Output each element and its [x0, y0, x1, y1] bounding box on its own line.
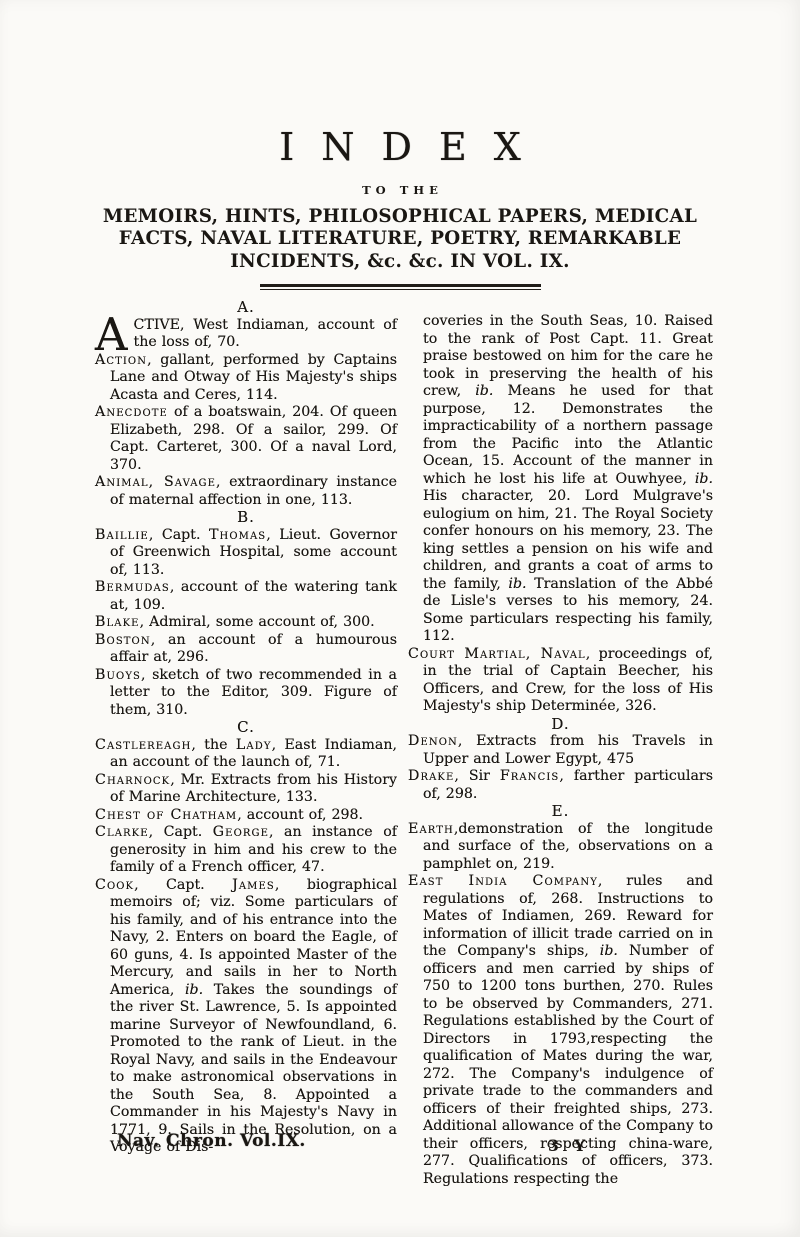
entry-text: , Admiral, some account of, 300. [140, 614, 375, 630]
section-heading: E. [408, 803, 713, 821]
entry-headword: Baillie [95, 527, 149, 543]
entry-headword: Animal, Savage [95, 474, 216, 490]
page-title: INDEX [90, 126, 710, 168]
subtitle-line: FACTS, NAVAL LITERATURE, POETRY, REMARKA… [90, 228, 710, 250]
entry-headword: Charnock [95, 772, 170, 788]
index-entry: ACTIVE, West Indiaman, account of the lo… [95, 317, 397, 352]
entry-headword: Cook [95, 877, 134, 893]
index-entry: Denon, Extracts from his Travels in Uppe… [408, 733, 713, 768]
index-entry: Anecdote of a boatswain, 204. Of queen E… [95, 404, 397, 474]
index-entry: Blake, Admiral, some account of, 300. [95, 614, 397, 632]
subtitle-line: INCIDENTS, &c. &c. IN VOL. IX. [90, 251, 710, 273]
section-heading: A. [95, 299, 397, 317]
entry-text: , Sir [454, 768, 499, 784]
to-the-label: TO THE [90, 183, 710, 197]
index-entry: Buoys, sketch of two recommended in a le… [95, 667, 397, 720]
entry-headword: Castlereagh [95, 737, 191, 753]
entry-headword: Bermudas [95, 579, 170, 595]
entry-headword: Francis [500, 768, 560, 784]
index-entry: Castlereagh, the Lady, East Indiaman, an… [95, 737, 397, 772]
entry-headword: Action [95, 352, 147, 368]
entry-text: , the [191, 737, 235, 753]
entry-headword: Boston [95, 632, 151, 648]
entry-headword: Clarke [95, 824, 149, 840]
index-entry: Clarke, Capt. George, an instance of gen… [95, 824, 397, 877]
entry-text: ib. [600, 943, 618, 959]
entry-headword: Drake [408, 768, 454, 784]
entry-text: , gallant, performed by Captains Lane an… [110, 352, 397, 403]
index-entry: Bermudas, account of the watering tank a… [95, 579, 397, 614]
index-entry: Baillie, Capt. Thomas, Lieut. Governor o… [95, 527, 397, 580]
entry-headword: Denon [408, 733, 458, 749]
entry-text: , account of, 298. [237, 807, 363, 823]
subtitle-line: MEMOIRS, HINTS, PHILOSOPHICAL PAPERS, ME… [90, 206, 710, 228]
index-entry-continued: coveries in the South Seas, 10. Raised t… [408, 313, 713, 646]
section-heading: C. [95, 719, 397, 737]
index-entry: Earth,demonstration of the longitude and… [408, 821, 713, 874]
entry-headword: Earth [408, 821, 454, 837]
entry-headword: Blake [95, 614, 140, 630]
index-entry: Drake, Sir Francis, farther particulars … [408, 768, 713, 803]
entry-text: , an account of a humourous affair at, 2… [110, 632, 397, 666]
section-heading: B. [95, 509, 397, 527]
entry-headword: East India Company [408, 873, 598, 889]
entry-text: , Extracts from his Travels in Upper and… [423, 733, 713, 767]
entry-headword: Court Martial, Naval [408, 646, 586, 662]
entry-text: , Capt. [149, 824, 213, 840]
right-column: coveries in the South Seas, 10. Raised t… [408, 313, 713, 1188]
entry-text: ,demonstration of the longitude and surf… [423, 821, 713, 872]
entry-headword: Buoys [95, 667, 141, 683]
entry-headword: Thomas [209, 527, 266, 543]
entry-text: ib. [508, 576, 526, 592]
index-subtitle: MEMOIRS, HINTS, PHILOSOPHICAL PAPERS, ME… [90, 206, 710, 273]
left-column: A.ACTIVE, West Indiaman, account of the … [95, 299, 397, 1157]
index-entry: Boston, an account of a humourous affair… [95, 632, 397, 667]
entry-text: CTIVE, West Indiaman, account of the los… [134, 317, 398, 351]
entry-text: , Capt. [134, 877, 232, 893]
index-entry: Action, gallant, performed by Captains L… [95, 352, 397, 405]
entry-headword: Anecdote [95, 404, 168, 420]
index-header: INDEX TO THE MEMOIRS, HINTS, PHILOSOPHIC… [90, 126, 710, 290]
entry-headword: George [213, 824, 269, 840]
index-entry: Animal, Savage, extraordinary instance o… [95, 474, 397, 509]
signature-mark: 3 Y [548, 1136, 590, 1155]
entry-headword: James [232, 877, 275, 893]
index-entry: Charnock, Mr. Extracts from his History … [95, 772, 397, 807]
entry-text: ib. [185, 982, 203, 998]
scanned-book-page: INDEX TO THE MEMOIRS, HINTS, PHILOSOPHIC… [0, 0, 800, 1237]
entry-text: , biographical memoirs of; viz. Some par… [110, 877, 397, 998]
index-entry: Chest of Chatham, account of, 298. [95, 807, 397, 825]
imprint-catchline: Nav. Chron. Vol.IX. [117, 1131, 306, 1151]
section-heading: D. [408, 716, 713, 734]
entry-headword: Chest of Chatham [95, 807, 237, 823]
entry-text: ib. [475, 383, 493, 399]
entry-text: Takes the soundings of the river St. Law… [110, 982, 397, 1156]
double-rule [260, 284, 541, 290]
entry-headword: Lady [236, 737, 272, 753]
entry-text: , sketch of two recommended in a letter … [110, 667, 397, 718]
entry-text: , Capt. [149, 527, 209, 543]
index-entry: Court Martial, Naval, proceedings of, in… [408, 646, 713, 716]
index-entry: Cook, Capt. James, biographical memoirs … [95, 877, 397, 1157]
entry-text: ib. [695, 471, 713, 487]
drop-cap: A [95, 317, 134, 352]
